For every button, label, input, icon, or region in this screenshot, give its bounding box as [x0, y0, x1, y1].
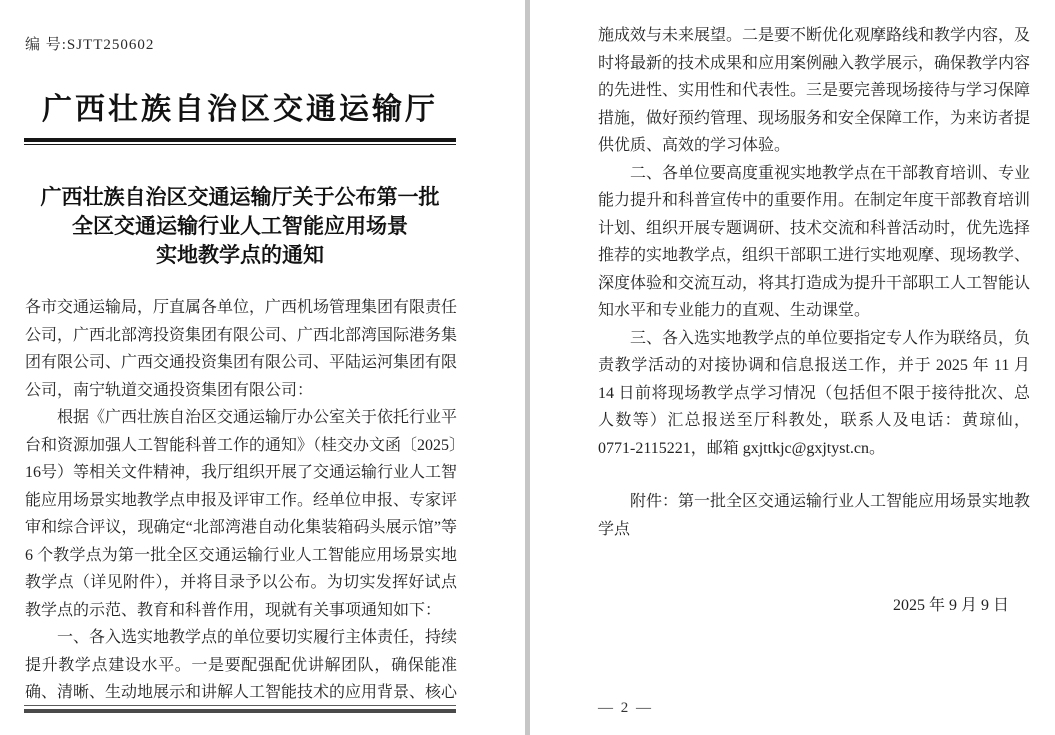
page-number: — 2 —: [598, 700, 653, 717]
page-1-body: 各市交通运输局，厅直属各单位，广西机场管理集团有限责任公司，广西北部湾投资集团有…: [25, 294, 457, 706]
attachment-reference: 附件：第一批全区交通运输行业人工智能应用场景实地教学点: [598, 488, 1030, 543]
notice-title-line-3: 实地教学点的通知: [24, 241, 456, 270]
footer-double-rule: [24, 705, 456, 713]
page-2-body: 施成效与未来展望。二是要不断优化观摩路线和教学内容，及时将最新的技术成果和应用案…: [598, 22, 1030, 543]
recipients-paragraph: 各市交通运输局，厅直属各单位，广西机场管理集团有限责任公司，广西北部湾投资集团有…: [25, 294, 457, 404]
notice-title: 广西壮族自治区交通运输厅关于公布第一批 全区交通运输行业人工智能应用场景 实地教…: [24, 183, 456, 270]
notice-title-line-1: 广西壮族自治区交通运输厅关于公布第一批: [24, 183, 456, 212]
document-serial-number: 编 号:SJTT250602: [25, 33, 154, 54]
item-3-paragraph: 三、各入选实地教学点的单位要指定专人作为联络员，负责教学活动的对接协调和信息报送…: [598, 325, 1030, 463]
page-1: 编 号:SJTT250602 广西壮族自治区交通运输厅 广西壮族自治区交通运输厅…: [0, 0, 525, 735]
header-rule-thin: [24, 144, 456, 145]
item-2-paragraph: 二、各单位要高度重视实地教学点在干部教育培训、专业能力提升和科普宣传中的重要作用…: [598, 160, 1030, 325]
header-double-rule: [24, 138, 456, 145]
item-1-paragraph-start: 一、各入选实地教学点的单位要切实履行主体责任，持续提升教学点建设水平。一是要配强…: [25, 624, 457, 706]
item-1-paragraph-continued: 施成效与未来展望。二是要不断优化观摩路线和教学内容，及时将最新的技术成果和应用案…: [598, 22, 1030, 160]
issue-date: 2025 年 9 月 9 日: [893, 592, 1009, 615]
notice-title-line-2: 全区交通运输行业人工智能应用场景: [24, 212, 456, 241]
footer-rule-thick: [24, 709, 456, 713]
page-2: 施成效与未来展望。二是要不断优化观摩路线和教学内容，及时将最新的技术成果和应用案…: [530, 0, 1055, 735]
issuing-organization-title: 广西壮族自治区交通运输厅: [24, 84, 456, 128]
basis-paragraph: 根据《广西壮族自治区交通运输厅办公室关于依托行业平台和资源加强人工智能科普工作的…: [25, 404, 457, 624]
document-scan: 编 号:SJTT250602 广西壮族自治区交通运输厅 广西壮族自治区交通运输厅…: [0, 0, 1055, 735]
